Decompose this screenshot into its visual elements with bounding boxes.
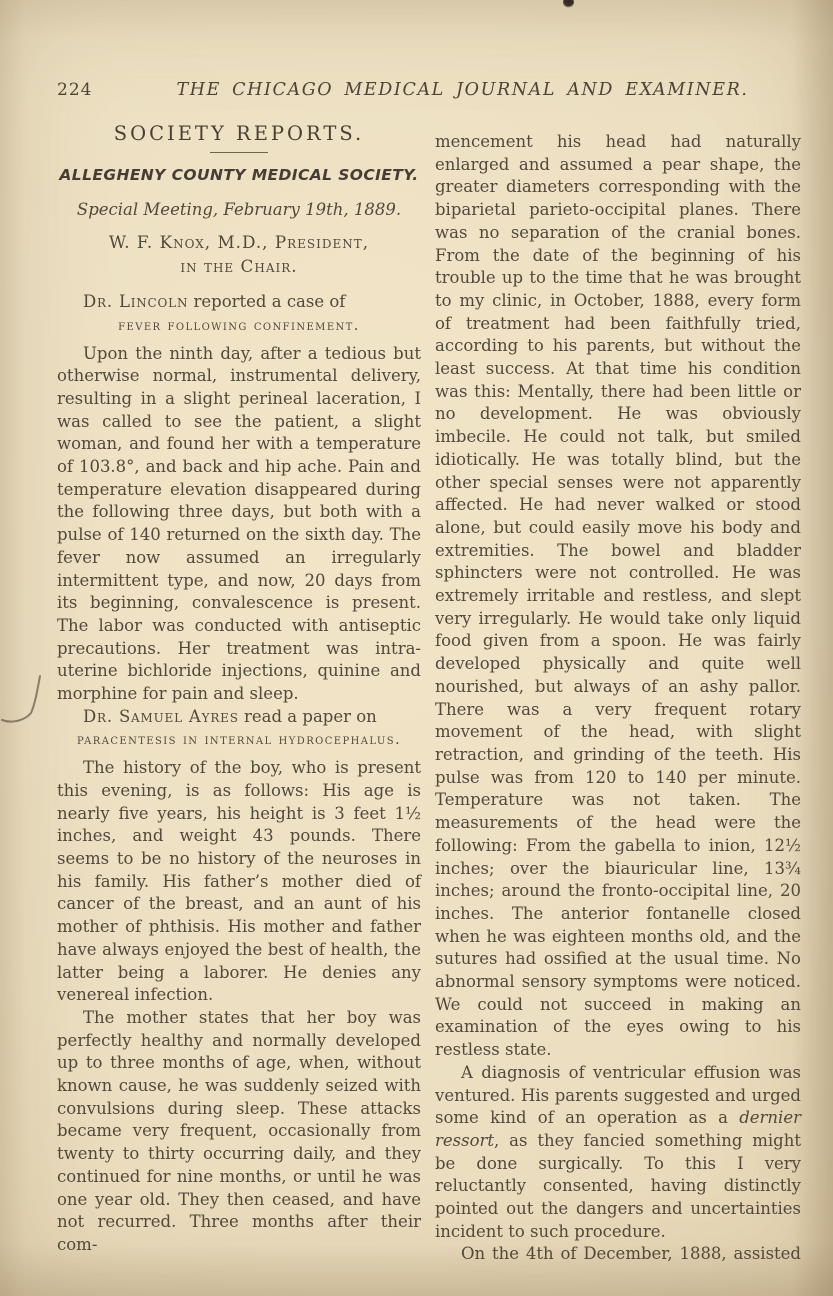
paragraph: A diagnosis of ventricular effusion was … bbox=[435, 1062, 801, 1244]
paragraph: The mother states that her boy was perfe… bbox=[57, 1007, 421, 1257]
paragraph: mencement his head had naturally enlarge… bbox=[435, 131, 801, 1062]
pencil-margin-mark-icon bbox=[0, 668, 46, 730]
text-run: The history of the boy, who is present t… bbox=[57, 758, 421, 1004]
text-run: paracentesis in internal hydrocephalus. bbox=[77, 731, 401, 748]
text-run: Dr. Samuel Ayres bbox=[83, 707, 239, 726]
left-column: SOCIETY REPORTS.ALLEGHENY COUNTY MEDICAL… bbox=[57, 122, 421, 1266]
text-run: On the 4th of December, 1888, assisted bbox=[461, 1244, 801, 1263]
heading-rule bbox=[210, 152, 268, 153]
case-title: fever following confinement. bbox=[57, 315, 421, 338]
paragraph: The history of the boy, who is present t… bbox=[57, 757, 421, 1007]
text-run: fever following confinement. bbox=[118, 317, 360, 334]
speaker-line: Dr. Lincoln reported a case of bbox=[57, 291, 421, 314]
paragraph: Upon the ninth day, after a tedious but … bbox=[57, 343, 421, 706]
text-run: ALLEGHENY COUNTY MEDICAL SOCIETY. bbox=[59, 166, 418, 184]
paragraph: On the 4th of December, 1888, assisted bbox=[435, 1243, 801, 1266]
text-run: mencement his head had naturally enlarge… bbox=[435, 132, 801, 1059]
two-column-text: SOCIETY REPORTS.ALLEGHENY COUNTY MEDICAL… bbox=[0, 106, 833, 1266]
text-run: SOCIETY REPORTS. bbox=[114, 122, 365, 145]
section-heading: SOCIETY REPORTS. bbox=[57, 122, 421, 146]
page-number: 224 bbox=[57, 80, 92, 100]
text-run: Dr. Lincoln bbox=[83, 292, 188, 311]
text-run: read a paper on bbox=[239, 707, 377, 726]
text-run: in the Chair. bbox=[180, 256, 297, 276]
journal-title: THE CHICAGO MEDICAL JOURNAL AND EXAMINER… bbox=[176, 80, 748, 100]
text-run: W. F. Knox, M.D., President, bbox=[109, 232, 369, 252]
text-run: Upon the ninth day, after a tedious but … bbox=[57, 344, 421, 704]
president-line: W. F. Knox, M.D., President, bbox=[57, 231, 421, 254]
text-run: reported a case of bbox=[188, 292, 345, 311]
journal-page: 224 THE CHICAGO MEDICAL JOURNAL AND EXAM… bbox=[0, 0, 833, 1296]
page-header: 224 THE CHICAGO MEDICAL JOURNAL AND EXAM… bbox=[0, 80, 833, 106]
right-column: mencement his head had naturally enlarge… bbox=[435, 122, 801, 1266]
chair-line: in the Chair. bbox=[57, 255, 421, 278]
society-name: ALLEGHENY COUNTY MEDICAL SOCIETY. bbox=[57, 165, 421, 186]
text-run: Special Meeting, February 19th, 1889. bbox=[77, 200, 401, 219]
meeting-date-line: Special Meeting, February 19th, 1889. bbox=[57, 199, 421, 222]
paper-title: paracentesis in internal hydrocephalus. bbox=[57, 729, 421, 752]
speaker-line: Dr. Samuel Ayres read a paper on bbox=[57, 706, 421, 729]
text-run: The mother states that her boy was perfe… bbox=[57, 1008, 421, 1254]
ink-spot-top-edge bbox=[563, 0, 574, 8]
